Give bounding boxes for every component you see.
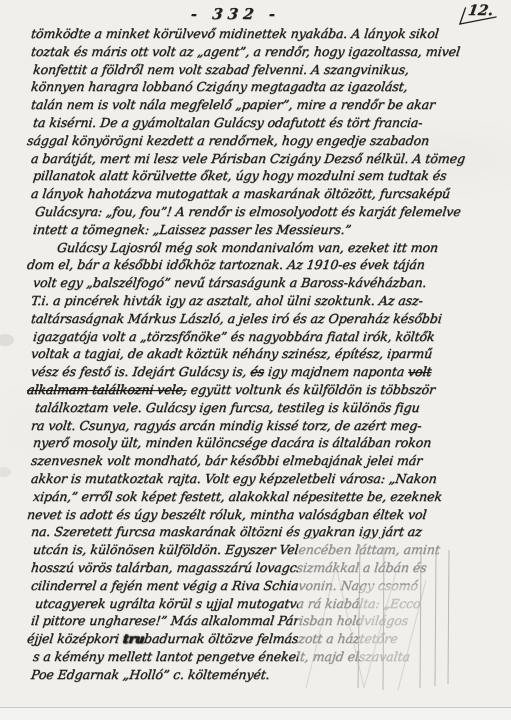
manuscript-line: utcán is, különösen külföldön. Egyszer V… (32, 541, 510, 559)
struck-text: volt (407, 364, 432, 379)
manuscript-text: tömködte a minket körülvevő midinettek n… (30, 25, 508, 683)
handwritten-text: dom el, bár a későbbi időkhöz tartoznak.… (26, 257, 426, 272)
manuscript-line: vész és festő is. Idejárt Gulácsy is, és… (30, 363, 510, 381)
handwritten-text: igy majdnem naponta (263, 364, 409, 379)
manuscript-line: találkoztam vele. Gulácsy igen furcsa, t… (34, 399, 510, 417)
manuscript-line: na. Szeretett furcsa maskarának öltözni … (30, 523, 510, 541)
manuscript-line: konfettit a földről nem volt szabad felv… (32, 61, 510, 79)
handwritten-text: a barátját, mert mi lesz vele Párisban C… (30, 151, 466, 166)
edge-smudge-artifact (0, 467, 11, 477)
handwritten-text: s a kémény mellett lantot pengetve éneke… (32, 649, 411, 664)
manuscript-line: talán nem is volt nála megfelelő „papier… (30, 96, 510, 114)
manuscript-line: ta kisérni. De a gyámoltalan Gulácsy oda… (32, 114, 510, 132)
manuscript-line: alkalmam találkozni vele, együtt voltunk… (26, 381, 510, 399)
handwritten-text: talán nem is volt nála megfelelő „papier… (30, 97, 436, 112)
handwritten-text: együtt voltunk és külföldön is többször (186, 382, 436, 397)
handwritten-text: badurnak öltözve felmászott a háztetőre (143, 631, 398, 646)
handwritten-text: voltak a tagjai, de akadt köztük néhány … (30, 346, 433, 361)
handwritten-text: találkoztam vele. Gulácsy igen furcsa, t… (34, 400, 420, 415)
handwritten-text: Poe Edgarnak „Holló” c. költeményét. (30, 667, 270, 682)
handwritten-text: taltársaságnak Márkus László, a jeles ir… (30, 311, 443, 326)
handwritten-text: igazgatója volt a „törzsfőnöke” és nagyo… (32, 329, 435, 344)
handwritten-text: hosszú vörös talárban, magasszárú lovagc… (30, 560, 427, 575)
struck-text: alkalmam találkozni vele, (26, 382, 188, 397)
handwritten-text: akkor is mutatkoztak rajta. Volt egy kép… (30, 471, 437, 486)
handwritten-text: volt egy „balszélfogó” nevű társaságunk … (32, 275, 427, 290)
manuscript-line: szenvesnek volt mondható, bár későbbi el… (30, 452, 510, 470)
manuscript-line: voltak a tagjai, de akadt köztük néhány … (30, 345, 510, 363)
manuscript-page: - 332 - 12. tömködte a minket körülvevő … (0, 0, 511, 720)
manuscript-line: könnyen haragra lobbanó Czigány megtagad… (30, 78, 510, 96)
handwritten-text: utcagyerek ugrálta körül s ujjal mutogat… (34, 596, 421, 611)
manuscript-line: Gulácsy Lajosról még sok mondanivalóm va… (56, 239, 510, 257)
ink-blot-text: tru (122, 631, 145, 646)
manuscript-line: tömködte a minket körülvevő midinettek n… (30, 25, 510, 43)
handwritten-text: konfettit a földről nem volt szabad felv… (32, 62, 410, 77)
handwritten-text: intett a tömegnek: „Laissez passer les M… (32, 222, 352, 237)
handwritten-text: na. Szeretett furcsa maskarának öltözni … (30, 524, 423, 539)
handwritten-text: nevet is adott és úgy beszélt róluk, min… (26, 507, 427, 522)
corner-page-number: 12. (467, 2, 495, 19)
manuscript-line: nevet is adott és úgy beszélt róluk, min… (26, 506, 510, 524)
manuscript-line: toztak és máris ott volt az „agent”, a r… (30, 43, 510, 61)
handwritten-text: éjjel középkori (26, 631, 124, 646)
handwritten-text: ra volt. Csunya, ragyás arcán mindig kis… (30, 418, 422, 433)
manuscript-line: akkor is mutatkoztak rajta. Volt egy kép… (30, 470, 510, 488)
manuscript-line: sággal könyörögni kezdett a rendőrnek, h… (26, 132, 510, 150)
handwritten-text: sággal könyörögni kezdett a rendőrnek, h… (26, 133, 430, 148)
manuscript-line: utcagyerek ugrálta körül s ujjal mutogat… (34, 595, 510, 613)
handwritten-text: könnyen haragra lobbanó Czigány megtagad… (30, 79, 408, 94)
manuscript-line: dom el, bár a későbbi időkhöz tartoznak.… (26, 256, 510, 274)
handwritten-text: Gulácsyra: „fou, fou”! A rendőr is elmos… (34, 204, 461, 219)
manuscript-line: il pittore ungharese!” Más alkalommal Pá… (30, 612, 510, 630)
handwritten-text: cilinderrel a fején ment végig a Riva Sc… (30, 578, 419, 593)
manuscript-line: éjjel középkori trubadurnak öltözve felm… (26, 630, 510, 648)
manuscript-line: xipán,” erről sok képet festett, alakokk… (32, 488, 510, 506)
edge-smudge-artifact (0, 334, 14, 346)
manuscript-line: volt egy „balszélfogó” nevű társaságunk … (32, 274, 510, 292)
handwritten-text: il pittore ungharese!” Más alkalommal Pá… (30, 613, 409, 628)
manuscript-line: T.i. a pincérek hivták igy az asztalt, a… (30, 292, 510, 310)
manuscript-line: Poe Edgarnak „Holló” c. költeményét. (30, 666, 510, 684)
manuscript-line: intett a tömegnek: „Laissez passer les M… (32, 221, 510, 239)
handwritten-text: ta kisérni. De a gyámoltalan Gulácsy oda… (32, 115, 423, 130)
manuscript-line: s a kémény mellett lantot pengetve éneke… (32, 648, 510, 666)
manuscript-line: pillanatok alatt körülvette őket, úgy ho… (32, 167, 510, 185)
handwritten-text: a lányok hahotázva mutogattak a maskarán… (30, 186, 451, 201)
handwritten-text: nyerő mosoly ült, minden különcsége dacá… (32, 435, 432, 450)
manuscript-line: nyerő mosoly ült, minden különcsége dacá… (32, 434, 510, 452)
handwritten-text: T.i. a pincérek hivták igy az asztalt, a… (30, 293, 424, 308)
handwritten-text: pillanatok alatt körülvette őket, úgy ho… (32, 168, 447, 183)
scan-bottom-edge (0, 707, 511, 720)
manuscript-line: Gulácsyra: „fou, fou”! A rendőr is elmos… (34, 203, 510, 221)
handwritten-text: szenvesnek volt mondható, bár későbbi el… (30, 453, 423, 468)
manuscript-line: hosszú vörös talárban, magasszárú lovagc… (30, 559, 510, 577)
manuscript-line: taltársaságnak Márkus László, a jeles ir… (30, 310, 510, 328)
manuscript-line: a lányok hahotázva mutogattak a maskarán… (30, 185, 510, 203)
manuscript-line: ra volt. Csunya, ragyás arcán mindig kis… (30, 417, 510, 435)
manuscript-line: a barátját, mert mi lesz vele Párisban C… (30, 150, 510, 168)
handwritten-text: Gulácsy Lajosról még sok mondanivalóm va… (56, 240, 439, 255)
handwritten-text: vész és festő is. Idejárt Gulácsy is, (30, 364, 251, 379)
handwritten-text: utcán is, különösen külföldön. Egyszer V… (32, 542, 441, 557)
manuscript-line: igazgatója volt a „törzsfőnöke” és nagyo… (32, 328, 510, 346)
page-number-center: - 332 - (0, 5, 472, 23)
handwritten-text: xipán,” erről sok képet festett, alakokk… (32, 489, 443, 504)
handwritten-text: tömködte a minket körülvevő midinettek n… (30, 26, 439, 41)
handwritten-text: toztak és máris ott volt az „agent”, a r… (30, 44, 461, 59)
manuscript-line: cilinderrel a fején ment végig a Riva Sc… (30, 577, 510, 595)
